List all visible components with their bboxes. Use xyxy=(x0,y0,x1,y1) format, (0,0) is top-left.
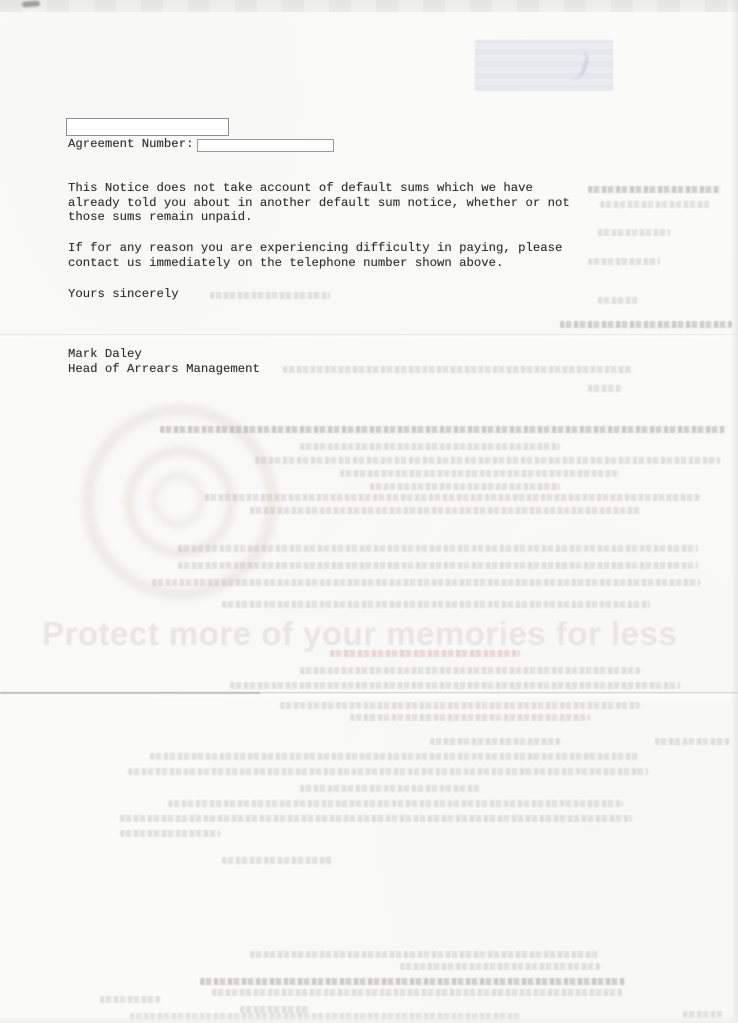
bleed-through-line xyxy=(560,321,732,328)
photobucket-rings-icon xyxy=(150,472,206,528)
letter-line: This Notice does not take account of def… xyxy=(68,181,570,196)
bleed-through-line xyxy=(350,714,590,721)
bleed-through-line xyxy=(588,385,622,392)
bleed-through-line xyxy=(598,297,640,304)
bleed-through-line xyxy=(430,738,560,745)
paragraph-default-sums: This Notice does not take account of def… xyxy=(68,181,570,225)
bleed-through-line xyxy=(280,702,640,709)
bleed-through-line xyxy=(250,507,640,514)
bleed-through-line xyxy=(250,951,600,958)
scan-edge-right xyxy=(731,0,738,1023)
letter-line: If for any reason you are experiencing d… xyxy=(68,241,562,256)
letter-line: already told you about in another defaul… xyxy=(68,196,570,211)
redacted-box-top xyxy=(66,118,229,136)
faded-stamp xyxy=(475,40,613,91)
scanned-letter-page: Agreement Number: This Notice does not t… xyxy=(0,0,738,1023)
bleed-through-line xyxy=(400,963,600,970)
scan-artifact-smudge xyxy=(22,0,40,7)
bleed-through-line xyxy=(100,996,160,1003)
bleed-through-line xyxy=(588,258,660,265)
bleed-through-line xyxy=(588,186,720,193)
photobucket-watermark-text: Protect more of your memories for less xyxy=(42,615,732,653)
paper-fold-crease xyxy=(0,692,738,699)
bleed-through-line xyxy=(128,768,648,775)
bleed-through-line xyxy=(230,682,680,689)
bleed-through-line xyxy=(200,978,625,985)
scan-edge-top xyxy=(0,0,738,12)
closing-salutation: Yours sincerely xyxy=(68,287,179,302)
agreement-number-label: Agreement Number: xyxy=(68,137,193,152)
bleed-through-line xyxy=(152,579,700,586)
bleed-through-line xyxy=(240,1006,310,1013)
bleed-through-line xyxy=(120,815,632,822)
bleed-through-line xyxy=(370,483,560,490)
letter-line: contact us immediately on the telephone … xyxy=(68,256,562,271)
bleed-through-line xyxy=(283,366,633,373)
scan-edge-bottom xyxy=(0,1015,738,1023)
bleed-through-line xyxy=(255,457,720,464)
bleed-through-line xyxy=(178,562,698,569)
signature-block: Mark DaleyHead of Arrears Management xyxy=(68,347,260,376)
stamp-mark-icon xyxy=(558,45,591,81)
bleed-through-line xyxy=(330,650,520,657)
bleed-through-line xyxy=(160,426,725,433)
bleed-through-line xyxy=(212,989,622,996)
bleed-through-line xyxy=(222,601,650,608)
bleed-through-line xyxy=(300,785,480,792)
bleed-through-line xyxy=(598,229,670,236)
redacted-box-agreement-number xyxy=(197,139,334,152)
bleed-through-line xyxy=(120,830,220,837)
paragraph-difficulty-paying: If for any reason you are experiencing d… xyxy=(68,241,562,270)
bleed-through-line xyxy=(300,443,560,450)
letter-line: those sums remain unpaid. xyxy=(68,210,570,225)
bleed-through-line xyxy=(655,738,730,745)
paper-fold-crease xyxy=(0,334,738,339)
bleed-through-line xyxy=(222,857,332,864)
bleed-through-line xyxy=(210,292,330,299)
bleed-through-line xyxy=(168,800,623,807)
bleed-through-line xyxy=(150,753,640,760)
signature-name: Mark Daley xyxy=(68,347,260,362)
bleed-through-line xyxy=(178,545,698,552)
bleed-through-line xyxy=(300,667,640,674)
signature-title: Head of Arrears Management xyxy=(68,362,260,377)
bleed-through-line xyxy=(205,494,700,501)
bleed-through-line xyxy=(600,201,710,208)
bleed-through-line xyxy=(340,470,620,477)
